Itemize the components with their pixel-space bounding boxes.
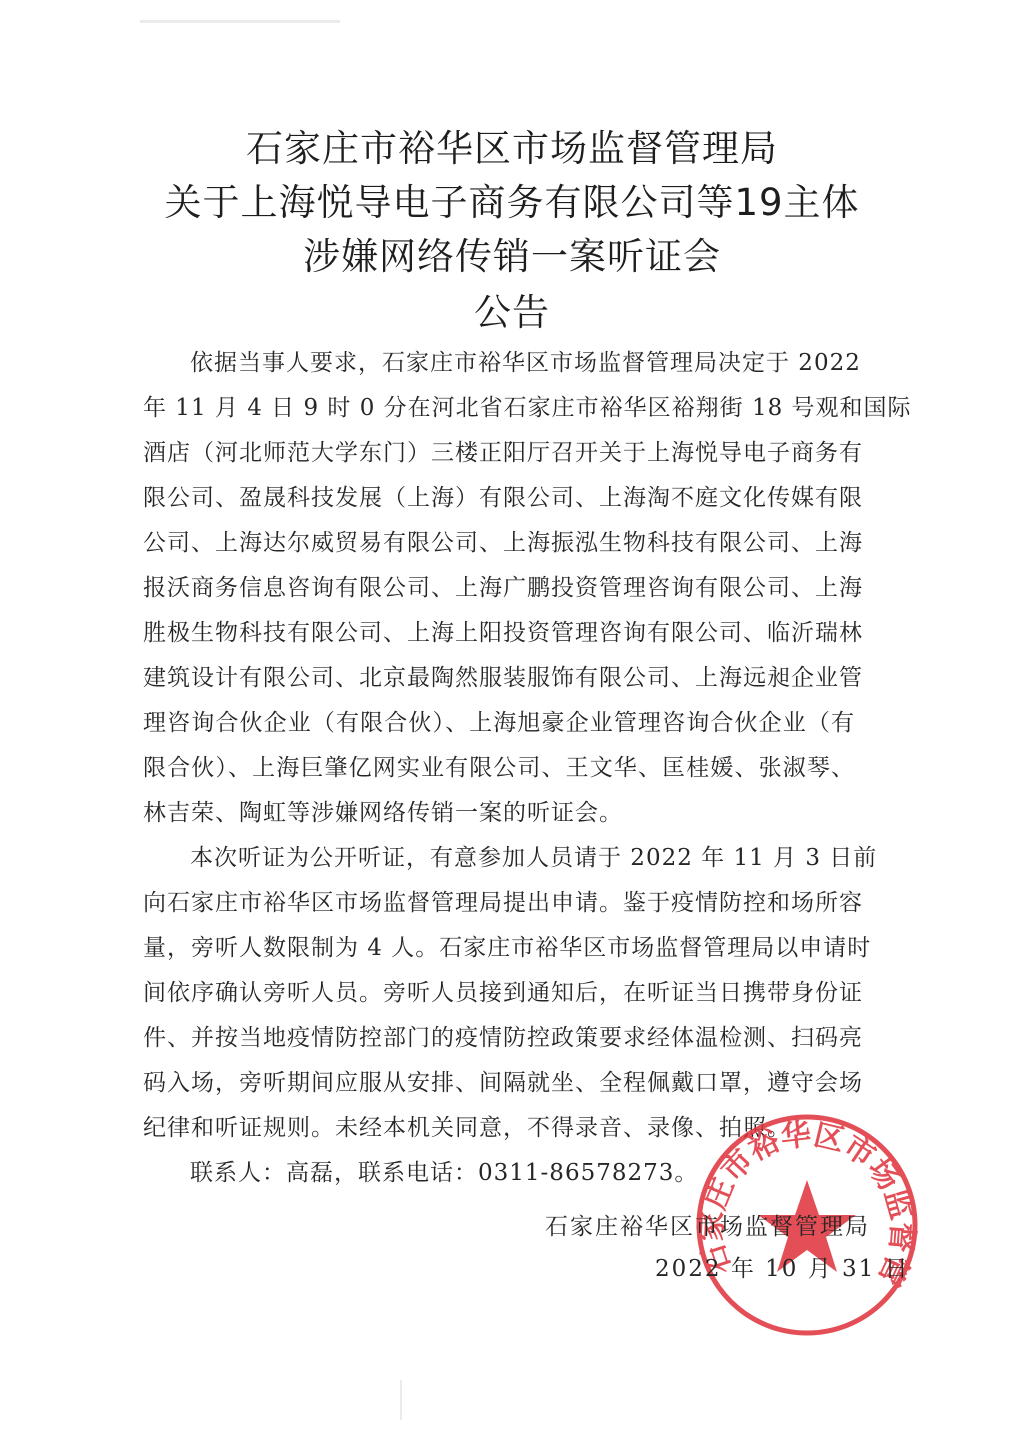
paragraph1-line: 建筑设计有限公司、北京最陶然服装服饰有限公司、上海远昶企业管: [143, 659, 855, 692]
paragraph2-line: 本次听证为公开听证，有意参加人员请于 2022 年 11 月 3 日前: [190, 839, 855, 872]
paragraph1-line: 林吉荣、陶虹等涉嫌网络传销一案的听证会。: [143, 794, 855, 827]
title-line-1: 石家庄市裕华区市场监督管理局: [0, 118, 1024, 172]
scan-artifact: [400, 1380, 402, 1420]
paragraph2-line: 向石家庄市裕华区市场监督管理局提出申请。鉴于疫情防控和场所容: [143, 884, 855, 917]
paragraph2-line: 间依序确认旁听人员。旁听人员接到通知后，在听证当日携带身份证: [143, 974, 855, 1007]
title-line-4: 公告: [0, 282, 1024, 336]
document-page: 石家庄市裕华区市场监督管理局 关于上海悦导电子商务有限公司等19主体 涉嫌网络传…: [0, 0, 1024, 1448]
title-line-2: 关于上海悦导电子商务有限公司等19主体: [0, 172, 1024, 226]
paragraph1-line: 依据当事人要求，石家庄市裕华区市场监督管理局决定于 2022: [190, 344, 855, 377]
paragraph1-line: 限公司、盈晟科技发展（上海）有限公司、上海淘不庭文化传媒有限: [143, 479, 855, 512]
paragraph1-line: 酒店（河北师范大学东门）三楼正阳厅召开关于上海悦导电子商务有: [143, 434, 855, 467]
paragraph1-line: 限合伙）、上海巨肇亿网实业有限公司、王文华、匡桂媛、张淑琴、: [143, 749, 855, 782]
paragraph1-line: 胜极生物科技有限公司、上海上阳投资管理咨询有限公司、临沂瑞林: [143, 614, 855, 647]
paragraph1-line: 年 11 月 4 日 9 时 0 分在河北省石家庄市裕华区裕翔街 18 号观和国…: [143, 389, 855, 422]
paragraph2-line: 量，旁听人数限制为 4 人。石家庄市裕华区市场监督管理局以申请时: [143, 929, 855, 962]
issuer-name: 石家庄裕华区市场监督管理局: [545, 1208, 870, 1241]
paragraph1-line: 公司、上海达尔威贸易有限公司、上海振泓生物科技有限公司、上海: [143, 524, 855, 557]
paragraph1-line: 理咨询合伙企业（有限合伙）、上海旭豪企业管理咨询合伙企业（有: [143, 704, 855, 737]
paragraph2-line: 码入场，旁听期间应服从安排、间隔就坐、全程佩戴口罩，遵守会场: [143, 1064, 855, 1097]
title-line-3: 涉嫌网络传销一案听证会: [0, 226, 1024, 280]
contact-line: 联系人：高磊，联系电话：0311-86578273。: [190, 1154, 698, 1187]
issue-date: 2022 年 10 月 31 日: [655, 1250, 910, 1283]
paragraph2-line: 件、并按当地疫情防控部门的疫情防控政策要求经体温检测、扫码亮: [143, 1019, 855, 1052]
paragraph1-line: 报沃商务信息咨询有限公司、上海广鹏投资管理咨询有限公司、上海: [143, 569, 855, 602]
scan-artifact: [140, 20, 340, 23]
